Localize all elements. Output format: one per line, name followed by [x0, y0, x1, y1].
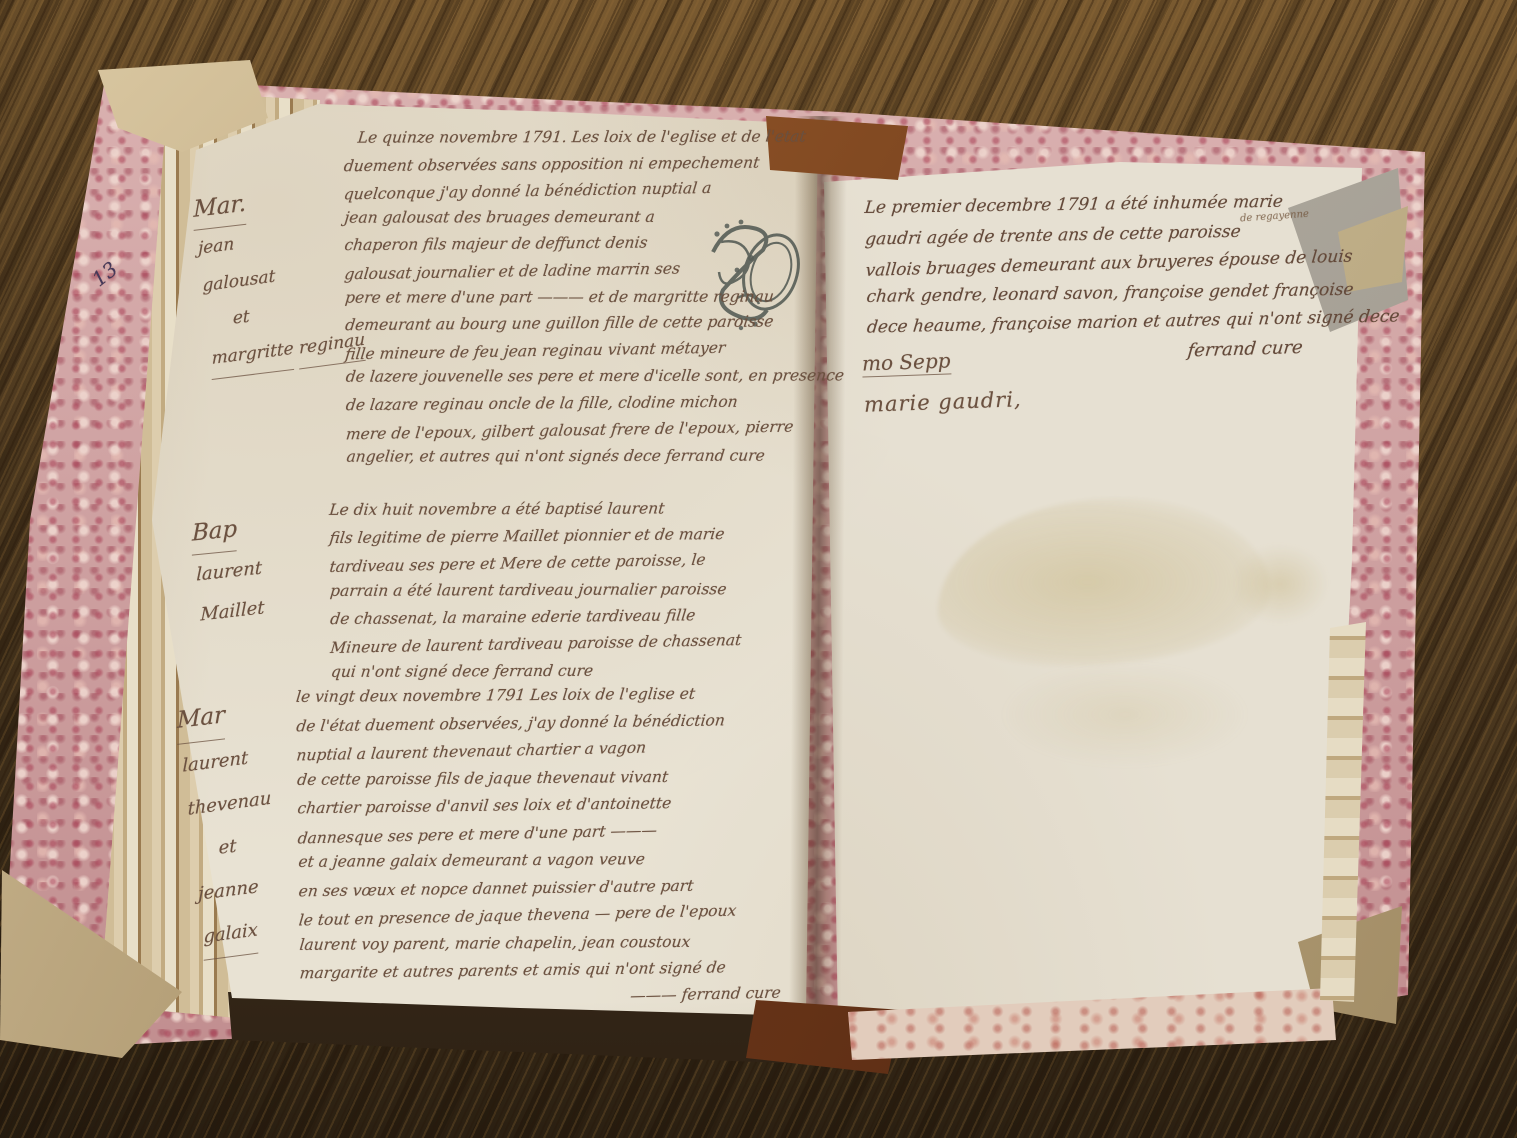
- margin-note-marriage-galousat: Mar. jean galousat et margritte reginau: [191, 173, 367, 379]
- photo-scene: 13 Mar. jean galousat et margritte regin…: [0, 0, 1517, 1138]
- manuscript-line: parrain a été laurent tardiveau journali…: [329, 576, 742, 605]
- record-burial-marie-gaudri: Le premier decembre 1791 a été inhumée m…: [864, 184, 1400, 372]
- margin-note-baptism-maillet: Bap laurent Maillet: [190, 507, 269, 635]
- margin-word: Mar: [177, 694, 225, 745]
- margin-word: Bap: [192, 509, 237, 556]
- record-baptism-laurent-maillet: Le dix huit novembre a été baptisé laure…: [329, 494, 742, 687]
- manuscript-line: pere et mere d'une part ——— et de margri…: [344, 283, 845, 311]
- record-marriage-thevenau-galaix: le vingt deux novembre 1791 Les loix de …: [296, 679, 781, 1016]
- manuscript-line: de lazere jouvenelle ses pere et mere d'…: [344, 363, 845, 391]
- margin-word: Maillet: [200, 588, 266, 636]
- sepulture-abbreviation: mo Sepp: [862, 348, 951, 377]
- margin-word: jeanne: [198, 862, 282, 916]
- manuscript-line: jean galousat des bruages demeurant a: [343, 203, 844, 231]
- manuscript-line: Le dix huit novembre a été baptisé laure…: [328, 495, 741, 524]
- manuscript-line: angelier, et autres qui n'ont signés dec…: [345, 442, 846, 470]
- margin-word: Mar.: [193, 186, 246, 231]
- water-stain-faint: [1000, 662, 1250, 767]
- margin-word: galaix: [203, 908, 258, 960]
- manuscript-line: Le quinze novembre 1791. Les loix de l'e…: [342, 123, 843, 151]
- record-marriage-galousat-reginau: Le quinze novembre 1791. Les loix de l'e…: [344, 122, 846, 472]
